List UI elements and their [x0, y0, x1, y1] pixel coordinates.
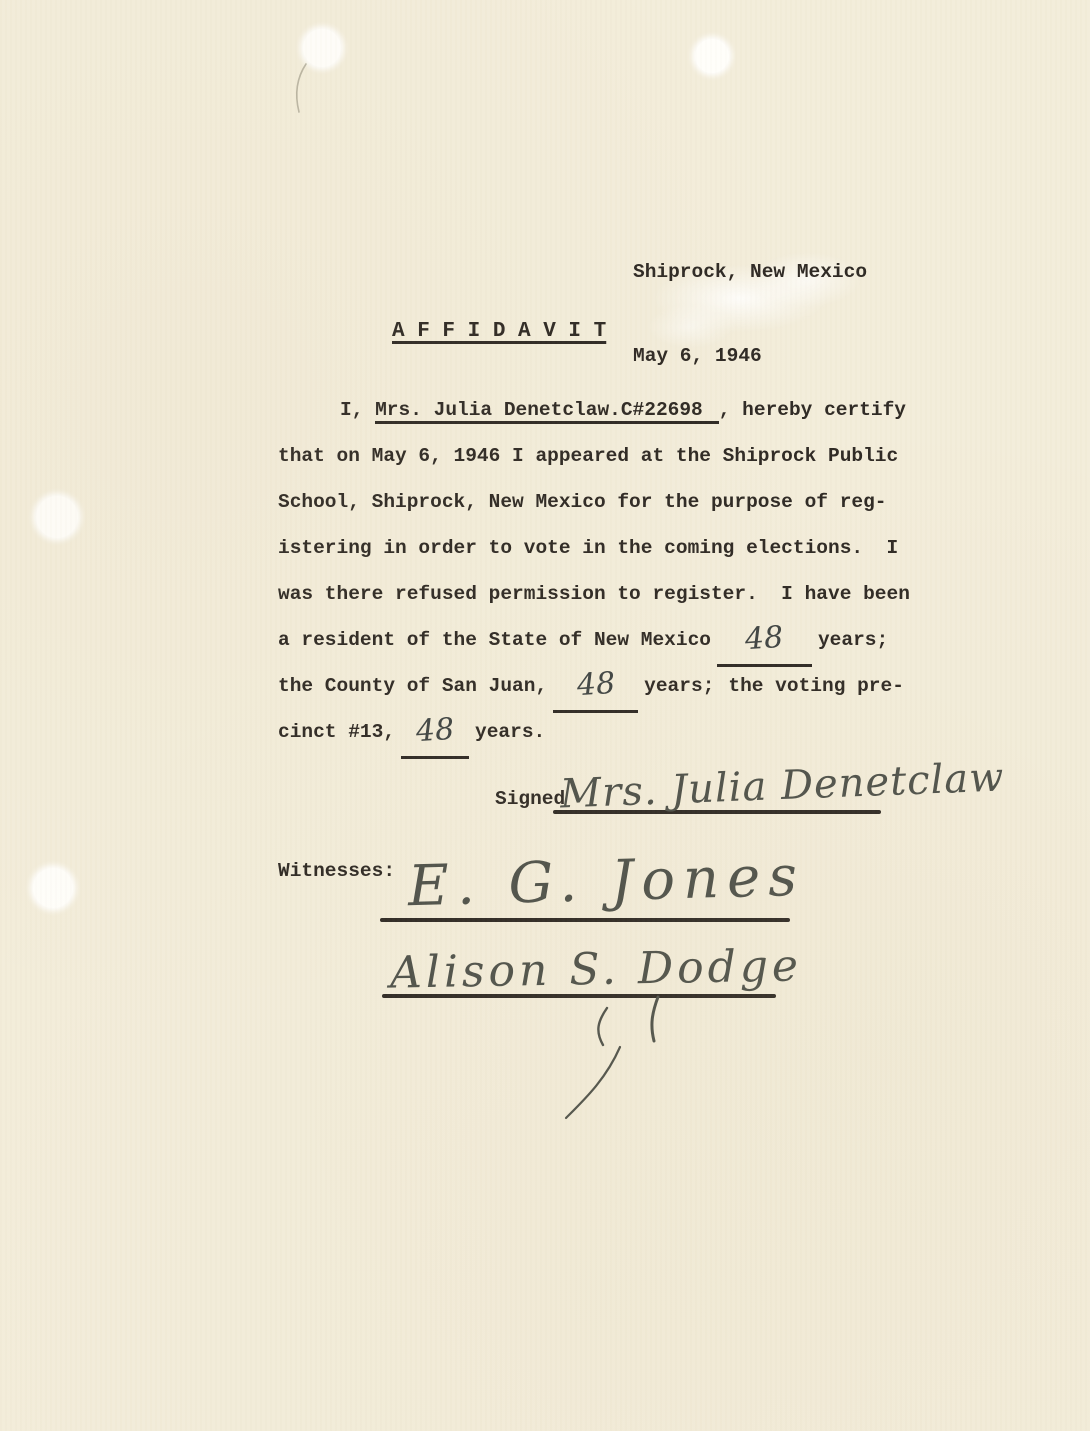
dateline-date: May 6, 1946: [633, 342, 867, 370]
years-blank-precinct: 48: [401, 709, 469, 759]
body-line-3: School, Shiprock, New Mexico for the pur…: [278, 479, 910, 525]
body-line-2: that on May 6, 1946 I appeared at the Sh…: [278, 433, 910, 479]
line1-suffix: , hereby certify: [719, 399, 906, 421]
witness-signature-2: Alison S. Dodge: [390, 944, 803, 995]
punch-hole-left-lower: [33, 868, 73, 908]
line7-prefix: the County of San Juan,: [278, 675, 547, 697]
years-blank-state: 48: [717, 617, 812, 667]
handwritten-years-precinct: 48: [415, 715, 455, 748]
body-line-7: the County of San Juan,48years;the votin…: [278, 663, 910, 709]
signature-julia-denetclaw: Mrs. Julia Denetclaw: [559, 757, 1005, 814]
document-title: A F F I D A V I T: [392, 320, 606, 343]
handwritten-years-county: 48: [576, 669, 616, 702]
witness-rule-1: [380, 918, 790, 922]
body-line-6: a resident of the State of New Mexico48y…: [278, 617, 910, 663]
line1-prefix: I,: [340, 399, 375, 421]
punch-hole-top-right: [695, 39, 729, 73]
body-line-8: cinct #13,48years.: [278, 709, 910, 755]
witness-signature-1: E. G. Jones: [407, 849, 805, 915]
signed-label: Signed: [495, 788, 565, 810]
punch-hole-left-middle: [36, 496, 78, 538]
line7-mid: years;: [644, 675, 714, 697]
stray-pen-stroke: [540, 995, 670, 1135]
body-line-1: I, Mrs. Julia Denetclaw.C#22698, hereby …: [278, 387, 910, 433]
name-blank: Mrs. Julia Denetclaw.C#22698: [375, 399, 719, 424]
pencil-mark: [290, 60, 314, 116]
years-blank-county: 48: [553, 663, 638, 713]
line8-suffix: years.: [475, 721, 545, 743]
dateline-location: Shiprock, New Mexico: [633, 258, 867, 286]
line7-suffix: the voting pre-: [728, 675, 904, 697]
witnesses-label: Witnesses:: [278, 860, 395, 882]
line6-suffix: years;: [818, 629, 888, 651]
body-line-4: istering in order to vote in the coming …: [278, 525, 910, 571]
line6-prefix: a resident of the State of New Mexico: [278, 629, 711, 651]
line8-prefix: cinct #13,: [278, 721, 395, 743]
body-line-5: was there refused permission to register…: [278, 571, 910, 617]
affidavit-body: I, Mrs. Julia Denetclaw.C#22698, hereby …: [278, 387, 910, 755]
handwritten-years-state: 48: [744, 623, 784, 656]
scanned-affidavit-page: Shiprock, New Mexico May 6, 1946 A F F I…: [0, 0, 1090, 1431]
